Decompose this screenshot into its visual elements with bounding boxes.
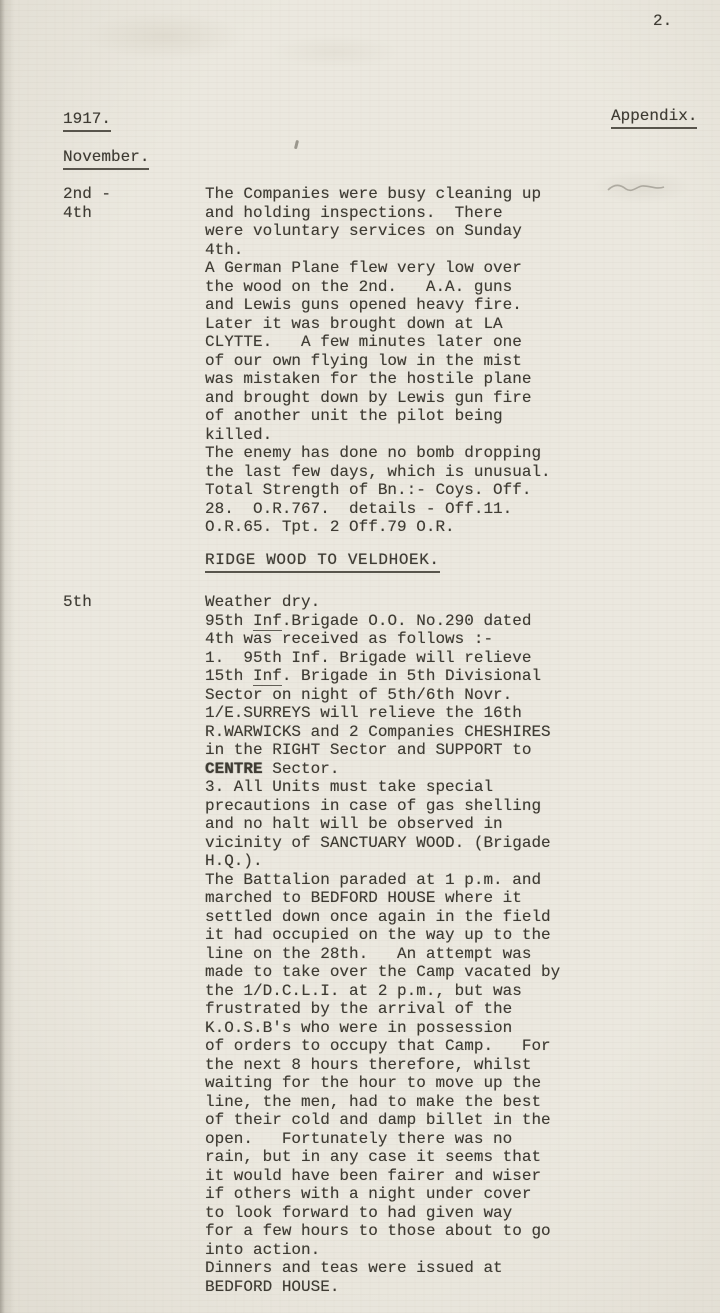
text-segment: .Brigade O.O. No.290 dated xyxy=(282,612,532,630)
underlined-text: Inf xyxy=(253,667,282,686)
diary-text-line: line on the 28th. An attempt was xyxy=(205,945,705,964)
entry-date-line: 5th xyxy=(63,593,193,612)
diary-text-line: frustrated by the arrival of the xyxy=(205,1000,705,1019)
year-heading-text: 1917. xyxy=(63,110,111,132)
diary-text-line: the next 8 hours therefore, whilst xyxy=(205,1056,705,1075)
diary-text-line: precautions in case of gas shelling xyxy=(205,797,705,816)
page-left-edge-shadow xyxy=(0,0,16,1313)
diary-text-line: vicinity of SANCTUARY WOOD. (Brigade xyxy=(205,834,705,853)
diary-text-line: 15th Inf. Brigade in 5th Divisional xyxy=(205,667,705,686)
diary-text-line: of orders to occupy that Camp. For xyxy=(205,1037,705,1056)
appendix-label: Appendix. xyxy=(611,107,697,129)
war-diary-page: 2. 1917. Appendix. November. 2nd -4th Th… xyxy=(0,0,720,1313)
diary-text-line: CENTRE Sector. xyxy=(205,760,705,779)
text-segment: 95th xyxy=(205,612,253,630)
diary-text-line: 4th was received as follows :- xyxy=(205,630,705,649)
diary-text-line: Dinners and teas were issued at xyxy=(205,1259,705,1278)
month-heading-text: November. xyxy=(63,148,149,170)
diary-text-line: and no halt will be observed in xyxy=(205,815,705,834)
entry-date-line: 2nd - xyxy=(63,185,193,204)
diary-text-line: killed. xyxy=(205,426,705,445)
diary-text-line: of our own flying low in the mist xyxy=(205,352,705,371)
diary-text-line: Weather dry. xyxy=(205,593,705,612)
diary-text-line: made to take over the Camp vacated by xyxy=(205,963,705,982)
diary-text-line: and brought down by Lewis gun fire xyxy=(205,389,705,408)
diary-text-line: The Battalion paraded at 1 p.m. and xyxy=(205,871,705,890)
entry-body-column: The Companies were busy cleaning upand h… xyxy=(205,185,705,537)
diary-text-line: it had occupied on the way up to the xyxy=(205,926,705,945)
diary-text-line: Sector on night of 5th/6th Novr. xyxy=(205,686,705,705)
diary-text-line: of another unit the pilot being xyxy=(205,407,705,426)
diary-text-line: waiting for the hour to move up the xyxy=(205,1074,705,1093)
section-heading-text: RIDGE WOOD TO VELDHOEK. xyxy=(205,551,440,573)
diary-text-line: CLYTTE. A few minutes later one xyxy=(205,333,705,352)
entry-date-column: 2nd -4th xyxy=(63,185,193,222)
paper-stain xyxy=(270,35,400,69)
year-heading: 1917. xyxy=(63,110,111,132)
stray-ink-mark xyxy=(294,140,299,149)
diary-text-line: A German Plane flew very low over xyxy=(205,259,705,278)
text-segment: 15th xyxy=(205,667,253,685)
entry-body-column: Weather dry.95th Inf.Brigade O.O. No.290… xyxy=(205,593,705,1296)
diary-text-line: O.R.65. Tpt. 2 Off.79 O.R. xyxy=(205,518,705,537)
diary-text-line: The Companies were busy cleaning up xyxy=(205,185,705,204)
diary-text-line: Total Strength of Bn.:- Coys. Off. xyxy=(205,481,705,500)
diary-text-line: 3. All Units must take special xyxy=(205,778,705,797)
diary-text-line: marched to BEDFORD HOUSE where it xyxy=(205,889,705,908)
diary-text-line: BEDFORD HOUSE. xyxy=(205,1278,705,1297)
section-heading: RIDGE WOOD TO VELDHOEK. xyxy=(205,551,440,573)
appendix-label-text: Appendix. xyxy=(611,107,697,129)
diary-text-line: R.WARWICKS and 2 Companies CHESHIRES xyxy=(205,723,705,742)
diary-text-line: it would have been fairer and wiser xyxy=(205,1167,705,1186)
diary-text-line: open. Fortunately there was no xyxy=(205,1130,705,1149)
diary-text-line: K.O.S.B's who were in possession xyxy=(205,1019,705,1038)
diary-text-line: 1. 95th Inf. Brigade will relieve xyxy=(205,649,705,668)
diary-text-line: to look forward to had given way xyxy=(205,1204,705,1223)
diary-text-line: were voluntary services on Sunday xyxy=(205,222,705,241)
text-segment: . Brigade in 5th Divisional xyxy=(282,667,541,685)
diary-text-line: if others with a night under cover xyxy=(205,1185,705,1204)
diary-text-line: and Lewis guns opened heavy fire. xyxy=(205,296,705,315)
text-segment: Sector. xyxy=(263,760,340,778)
diary-text-line: was mistaken for the hostile plane xyxy=(205,370,705,389)
month-heading: November. xyxy=(63,148,149,170)
diary-text-line: the 1/D.C.L.I. at 2 p.m., but was xyxy=(205,982,705,1001)
page-number: 2. xyxy=(653,12,672,31)
diary-text-line: the last few days, which is unusual. xyxy=(205,463,705,482)
entry-date-line: 4th xyxy=(63,204,193,223)
entry-date-column: 5th xyxy=(63,593,193,612)
diary-text-line: 1/E.SURREYS will relieve the 16th xyxy=(205,704,705,723)
diary-text-line: settled down once again in the field xyxy=(205,908,705,927)
diary-text-line: into action. xyxy=(205,1241,705,1260)
diary-text-line: rain, but in any case it seems that xyxy=(205,1148,705,1167)
diary-text-line: and holding inspections. There xyxy=(205,204,705,223)
diary-text-line: H.Q.). xyxy=(205,852,705,871)
diary-text-line: 28. O.R.767. details - Off.11. xyxy=(205,500,705,519)
diary-text-line: The enemy has done no bomb dropping xyxy=(205,444,705,463)
emphasized-text: CENTRE xyxy=(205,760,263,778)
diary-text-line: of their cold and damp billet in the xyxy=(205,1111,705,1130)
diary-text-line: line, the men, had to make the best xyxy=(205,1093,705,1112)
paper-stain xyxy=(85,12,245,60)
diary-text-line: in the RIGHT Sector and SUPPORT to xyxy=(205,741,705,760)
diary-text-line: 4th. xyxy=(205,241,705,260)
diary-text-line: Later it was brought down at LA xyxy=(205,315,705,334)
diary-text-line: 95th Inf.Brigade O.O. No.290 dated xyxy=(205,612,705,631)
underlined-text: Inf xyxy=(253,612,282,631)
diary-text-line: the wood on the 2nd. A.A. guns xyxy=(205,278,705,297)
diary-text-line: for a few hours to those about to go xyxy=(205,1222,705,1241)
